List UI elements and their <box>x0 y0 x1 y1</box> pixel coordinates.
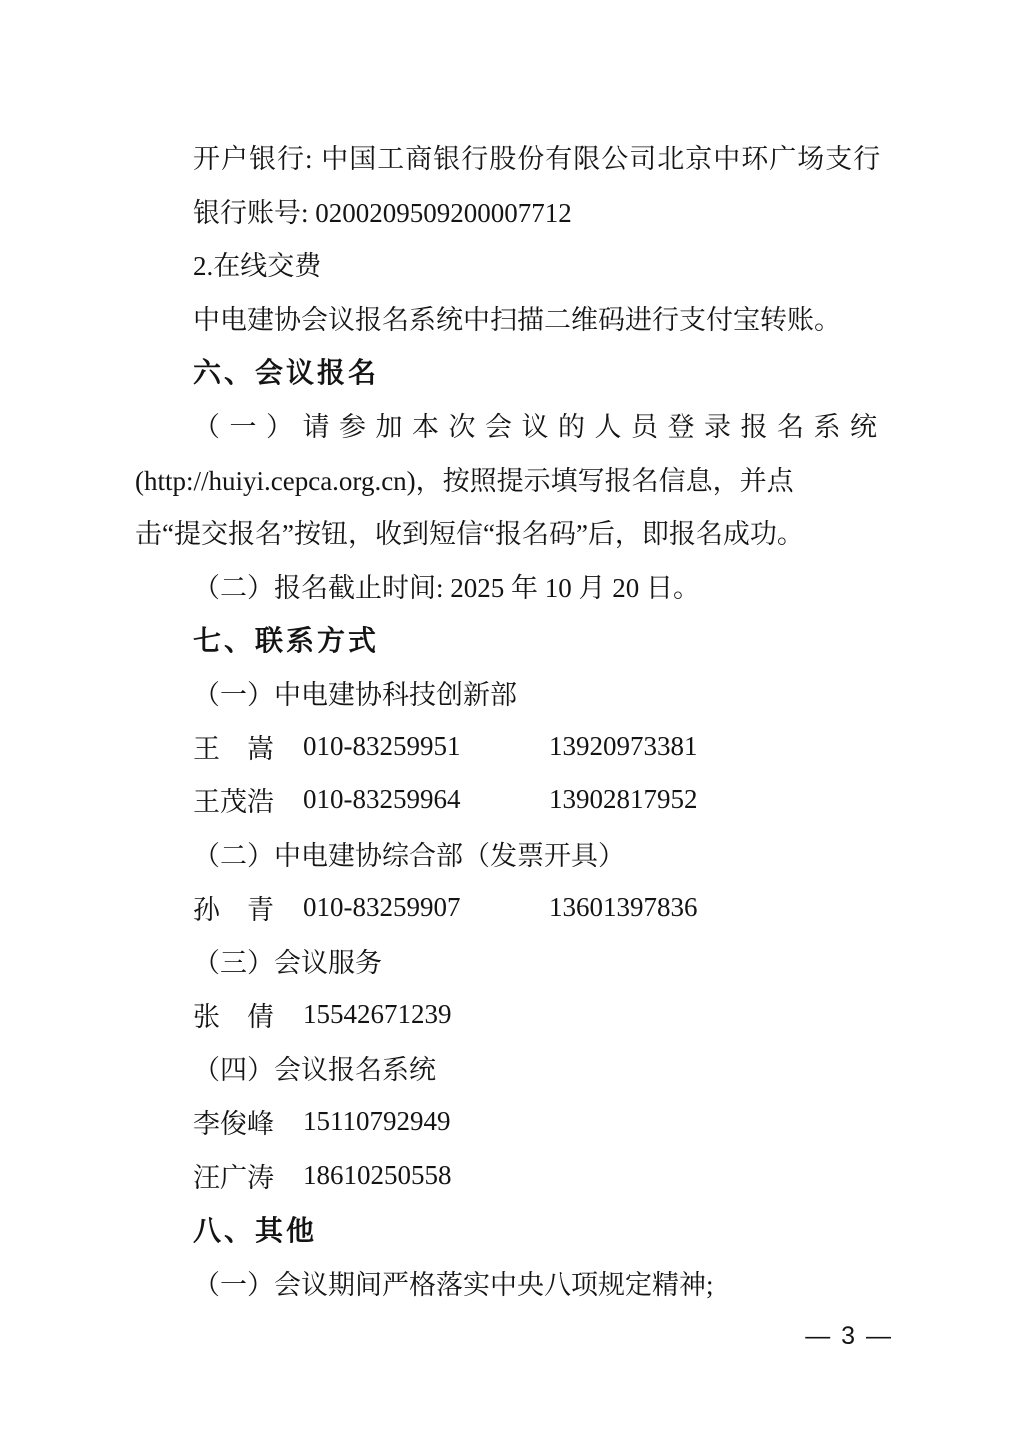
contact-phone: 18610250558 <box>303 1160 549 1191</box>
contact-group-1-title: （一）中电建协科技创新部 <box>135 666 908 720</box>
registration-deadline: （二）报名截止时间: 2025 年 10 月 20 日。 <box>135 559 908 613</box>
contact-name: 孙 青 <box>193 888 303 927</box>
contact-group-3-title: （三）会议服务 <box>135 934 908 988</box>
contact-row: 王 嵩 010-83259951 13920973381 <box>135 720 908 774</box>
registration-line-1: （一）请参加本次会议的人员登录报名系统 <box>135 398 908 452</box>
contact-row: 张 倩 15542671239 <box>135 988 908 1042</box>
section-7-heading: 七、联系方式 <box>135 612 908 666</box>
section-6-heading: 六、会议报名 <box>135 344 908 398</box>
contact-name: 张 倩 <box>193 995 303 1034</box>
contact-phone: 15542671239 <box>303 999 549 1030</box>
bank-name-line: 开户银行: 中国工商银行股份有限公司北京中环广场支行 <box>135 130 908 184</box>
online-payment-heading: 2.在线交费 <box>135 237 908 291</box>
contact-phone: 010-83259951 <box>303 731 549 762</box>
online-payment-desc: 中电建协会议报名系统中扫描二维码进行支付宝转账。 <box>135 291 908 345</box>
registration-line-3: 击“提交报名”按钮，收到短信“报名码”后，即报名成功。 <box>135 505 908 559</box>
contact-mobile: 13902817952 <box>549 784 698 815</box>
contact-group-4-title: （四）会议报名系统 <box>135 1041 908 1095</box>
other-item-1: （一）会议期间严格落实中央八项规定精神; <box>135 1255 908 1309</box>
page-number: — 3 — <box>0 1322 893 1351</box>
contact-group-2-title: （二）中电建协综合部（发票开具） <box>135 827 908 881</box>
registration-line-2: (http://huiyi.cepca.org.cn)，按照提示填写报名信息，并… <box>135 452 908 506</box>
contact-row: 孙 青 010-83259907 13601397836 <box>135 880 908 934</box>
contact-phone: 010-83259907 <box>303 892 549 923</box>
contact-row: 汪广涛 18610250558 <box>135 1148 908 1202</box>
contact-name: 王 嵩 <box>193 727 303 766</box>
contact-name: 王茂浩 <box>193 780 303 819</box>
contact-row: 李俊峰 15110792949 <box>135 1095 908 1149</box>
contact-phone: 010-83259964 <box>303 784 549 815</box>
contact-row: 王茂浩 010-83259964 13902817952 <box>135 773 908 827</box>
contact-name: 汪广涛 <box>193 1156 303 1195</box>
document-body: 开户银行: 中国工商银行股份有限公司北京中环广场支行 银行账号: 0200209… <box>0 0 1024 1309</box>
contact-mobile: 13920973381 <box>549 731 698 762</box>
contact-name: 李俊峰 <box>193 1102 303 1141</box>
contact-phone: 15110792949 <box>303 1106 549 1137</box>
contact-mobile: 13601397836 <box>549 892 698 923</box>
section-8-heading: 八、其他 <box>135 1202 908 1256</box>
bank-account-line: 银行账号: 0200209509200007712 <box>135 184 908 238</box>
document-page: 开户银行: 中国工商银行股份有限公司北京中环广场支行 银行账号: 0200209… <box>0 0 1024 1447</box>
